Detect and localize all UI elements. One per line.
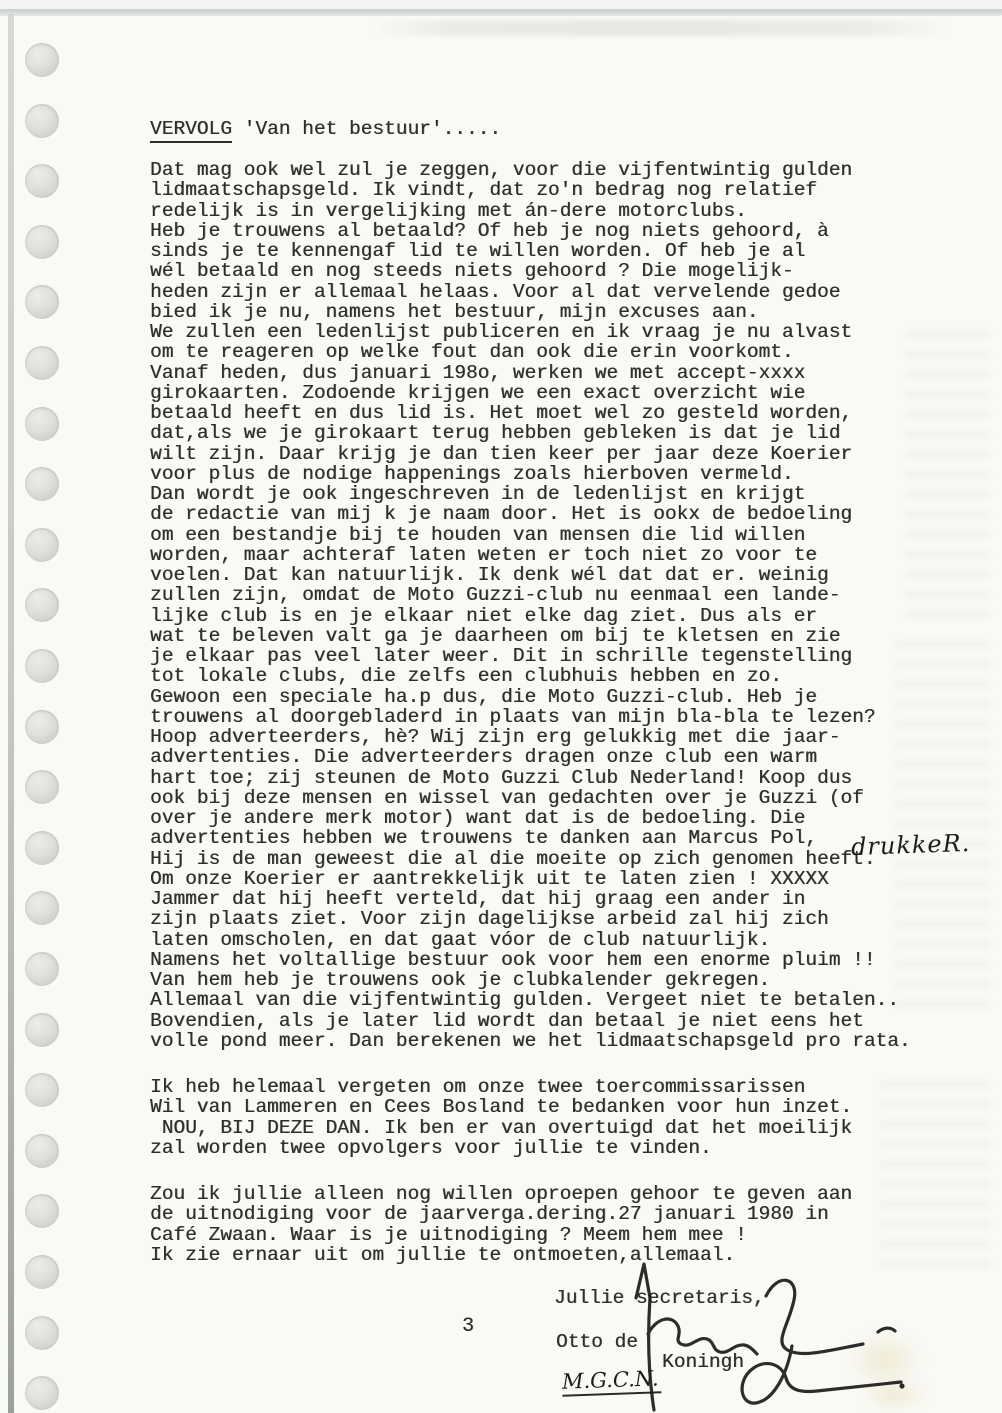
- text-line: voor plus de nodige happenings zoals hie…: [150, 464, 911, 484]
- punch-hole: [25, 770, 59, 804]
- text-line: bied ik je nu, namens het bestuur, mijn …: [150, 302, 911, 322]
- text-line: Dat mag ook wel zul je zeggen, voor die …: [150, 160, 911, 180]
- text-line: om te reageren op welke fout dan ook die…: [150, 342, 911, 362]
- text-line: lijke club is en je elkaar niet elke dag…: [150, 606, 911, 626]
- text-line: over je andere merk motor) want dat is d…: [150, 808, 911, 828]
- text-line: Vanaf heden, dus januari 198o, werken we…: [150, 363, 911, 383]
- text-line: Wil van Lammeren en Cees Bosland te beda…: [150, 1097, 911, 1117]
- text-line: tot lokale clubs, die zelfs een clubhuis…: [150, 666, 911, 686]
- punch-hole: [25, 1376, 59, 1410]
- text-line: hart toe; zij steunen de Moto Guzzi Club…: [150, 768, 911, 788]
- text-line: Namens het voltallige bestuur ook voor h…: [150, 950, 911, 970]
- punch-hole: [25, 43, 59, 77]
- text-line: voelen. Dat kan natuurlijk. Ik denk wél …: [150, 565, 911, 585]
- punch-hole: [25, 104, 59, 138]
- text-line: zal worden twee opvolgers voor jullie te…: [150, 1138, 911, 1158]
- punch-hole: [25, 346, 59, 380]
- text-line: advertenties hebben we trouwens te danke…: [150, 828, 911, 848]
- text-line: We zullen een ledenlijst publiceren en i…: [150, 322, 911, 342]
- text-line: je elkaar pas veel later weer. Dit in sc…: [150, 646, 911, 666]
- text-line: Om onze Koerier er aantrekkelijk uit te …: [150, 869, 911, 889]
- scanned-newsletter-page: { "document": { "heading": { "keyword": …: [0, 0, 1002, 1413]
- punch-hole: [25, 952, 59, 986]
- handwritten-signature: [580, 1250, 940, 1413]
- text-line: wat te beleven valt ga je daarheen om bi…: [150, 626, 911, 646]
- text-line: Allemaal van die vijfentwintig gulden. V…: [150, 990, 911, 1010]
- text-line: laten omscholen, en dat gaat vóor de clu…: [150, 930, 911, 950]
- text-line: Van hem heb je trouwens ook je clubkalen…: [150, 970, 911, 990]
- punch-hole: [25, 528, 59, 562]
- punch-hole: [25, 649, 59, 683]
- text-line: de redactie van mij k je naam door. Het …: [150, 504, 911, 524]
- punch-hole: [25, 831, 59, 865]
- punch-hole: [25, 1316, 59, 1350]
- text-line: girokaarten. Zodoende krijgen we een exa…: [150, 383, 911, 403]
- body-text: Dat mag ook wel zul je zeggen, voor die …: [150, 160, 911, 1291]
- punch-hole: [25, 164, 59, 198]
- page-number: 3: [462, 1315, 474, 1338]
- text-line: Ik heb helemaal vergeten om onze twee to…: [150, 1077, 911, 1097]
- text-line: Bovendien, als je later lid wordt dan be…: [150, 1011, 911, 1031]
- text-line: Hij is de man geweest die al die moeite …: [150, 849, 911, 869]
- paper-top-edge: [0, 9, 1002, 16]
- heading-rest: 'Van het bestuur'.....: [232, 118, 501, 140]
- punch-hole: [25, 1255, 59, 1289]
- punch-hole: [25, 710, 59, 744]
- text-line: NOU, BIJ DEZE DAN. Ik ben er van overtui…: [150, 1118, 911, 1138]
- text-line: Jammer dat hij heeft verteld, dat hij gr…: [150, 889, 911, 909]
- text-line: lidmaatschapsgeld. Ik vindt, dat zo'n be…: [150, 180, 911, 200]
- text-line: heden zijn er allemaal helaas. Voor al d…: [150, 282, 911, 302]
- punch-hole: [25, 1073, 59, 1107]
- text-line: Café Zwaan. Waar is je uitnodiging ? Mee…: [150, 1225, 911, 1245]
- text-line: Gewoon een speciale ha.p dus, die Moto G…: [150, 687, 911, 707]
- text-line: om een bestandje bij te houden van mense…: [150, 525, 911, 545]
- text-line: wilt zijn. Daar krijg je dan tien keer p…: [150, 444, 911, 464]
- handwritten-printer-note: drukkeR.: [851, 829, 971, 861]
- text-line: wél betaald en nog steeds niets gehoord …: [150, 261, 911, 281]
- punch-hole: [25, 407, 59, 441]
- punch-hole: [25, 225, 59, 259]
- heading-keyword: VERVOLG: [150, 118, 232, 143]
- text-line: Heb je trouwens al betaald? Of heb je no…: [150, 221, 911, 241]
- text-line: Zou ik jullie alleen nog willen oproepen…: [150, 1184, 911, 1204]
- text-line: zijn plaats ziet. Voor zijn dagelijkse a…: [150, 909, 911, 929]
- paragraph: Dat mag ook wel zul je zeggen, voor die …: [150, 160, 911, 1051]
- punch-hole: [25, 1013, 59, 1047]
- text-line: sinds je te kennengaf lid te willen word…: [150, 241, 911, 261]
- paper-left-edge: [8, 14, 14, 1413]
- text-line: Hoop adverteerders, hè? Wij zijn erg gel…: [150, 727, 911, 747]
- text-line: worden, maar achteraf laten weten er toc…: [150, 545, 911, 565]
- punch-hole: [25, 467, 59, 501]
- text-line: redelijk is in vergelijking met án-dere …: [150, 201, 911, 221]
- punch-hole: [25, 1134, 59, 1168]
- text-line: zullen zijn, omdat de Moto Guzzi-club nu…: [150, 585, 911, 605]
- text-line: trouwens al doorgebladerd in plaats van …: [150, 707, 911, 727]
- text-line: betaald heeft en dus lid is. Het moet we…: [150, 403, 911, 423]
- text-line: de uitnodiging voor de jaarverga.dering.…: [150, 1204, 911, 1224]
- page-heading: VERVOLG 'Van het bestuur'.....: [150, 118, 501, 140]
- paragraph: Ik heb helemaal vergeten om onze twee to…: [150, 1077, 911, 1158]
- text-line: volle pond meer. Dan berekenen we het li…: [150, 1031, 911, 1051]
- text-line: advertenties. Die adverteerders dragen o…: [150, 747, 911, 767]
- text-line: dat,als we je girokaart terug hebben geb…: [150, 423, 911, 443]
- text-line: Dan wordt je ook ingeschreven in de lede…: [150, 484, 911, 504]
- text-line: ook bij deze mensen en wissel van gedach…: [150, 788, 911, 808]
